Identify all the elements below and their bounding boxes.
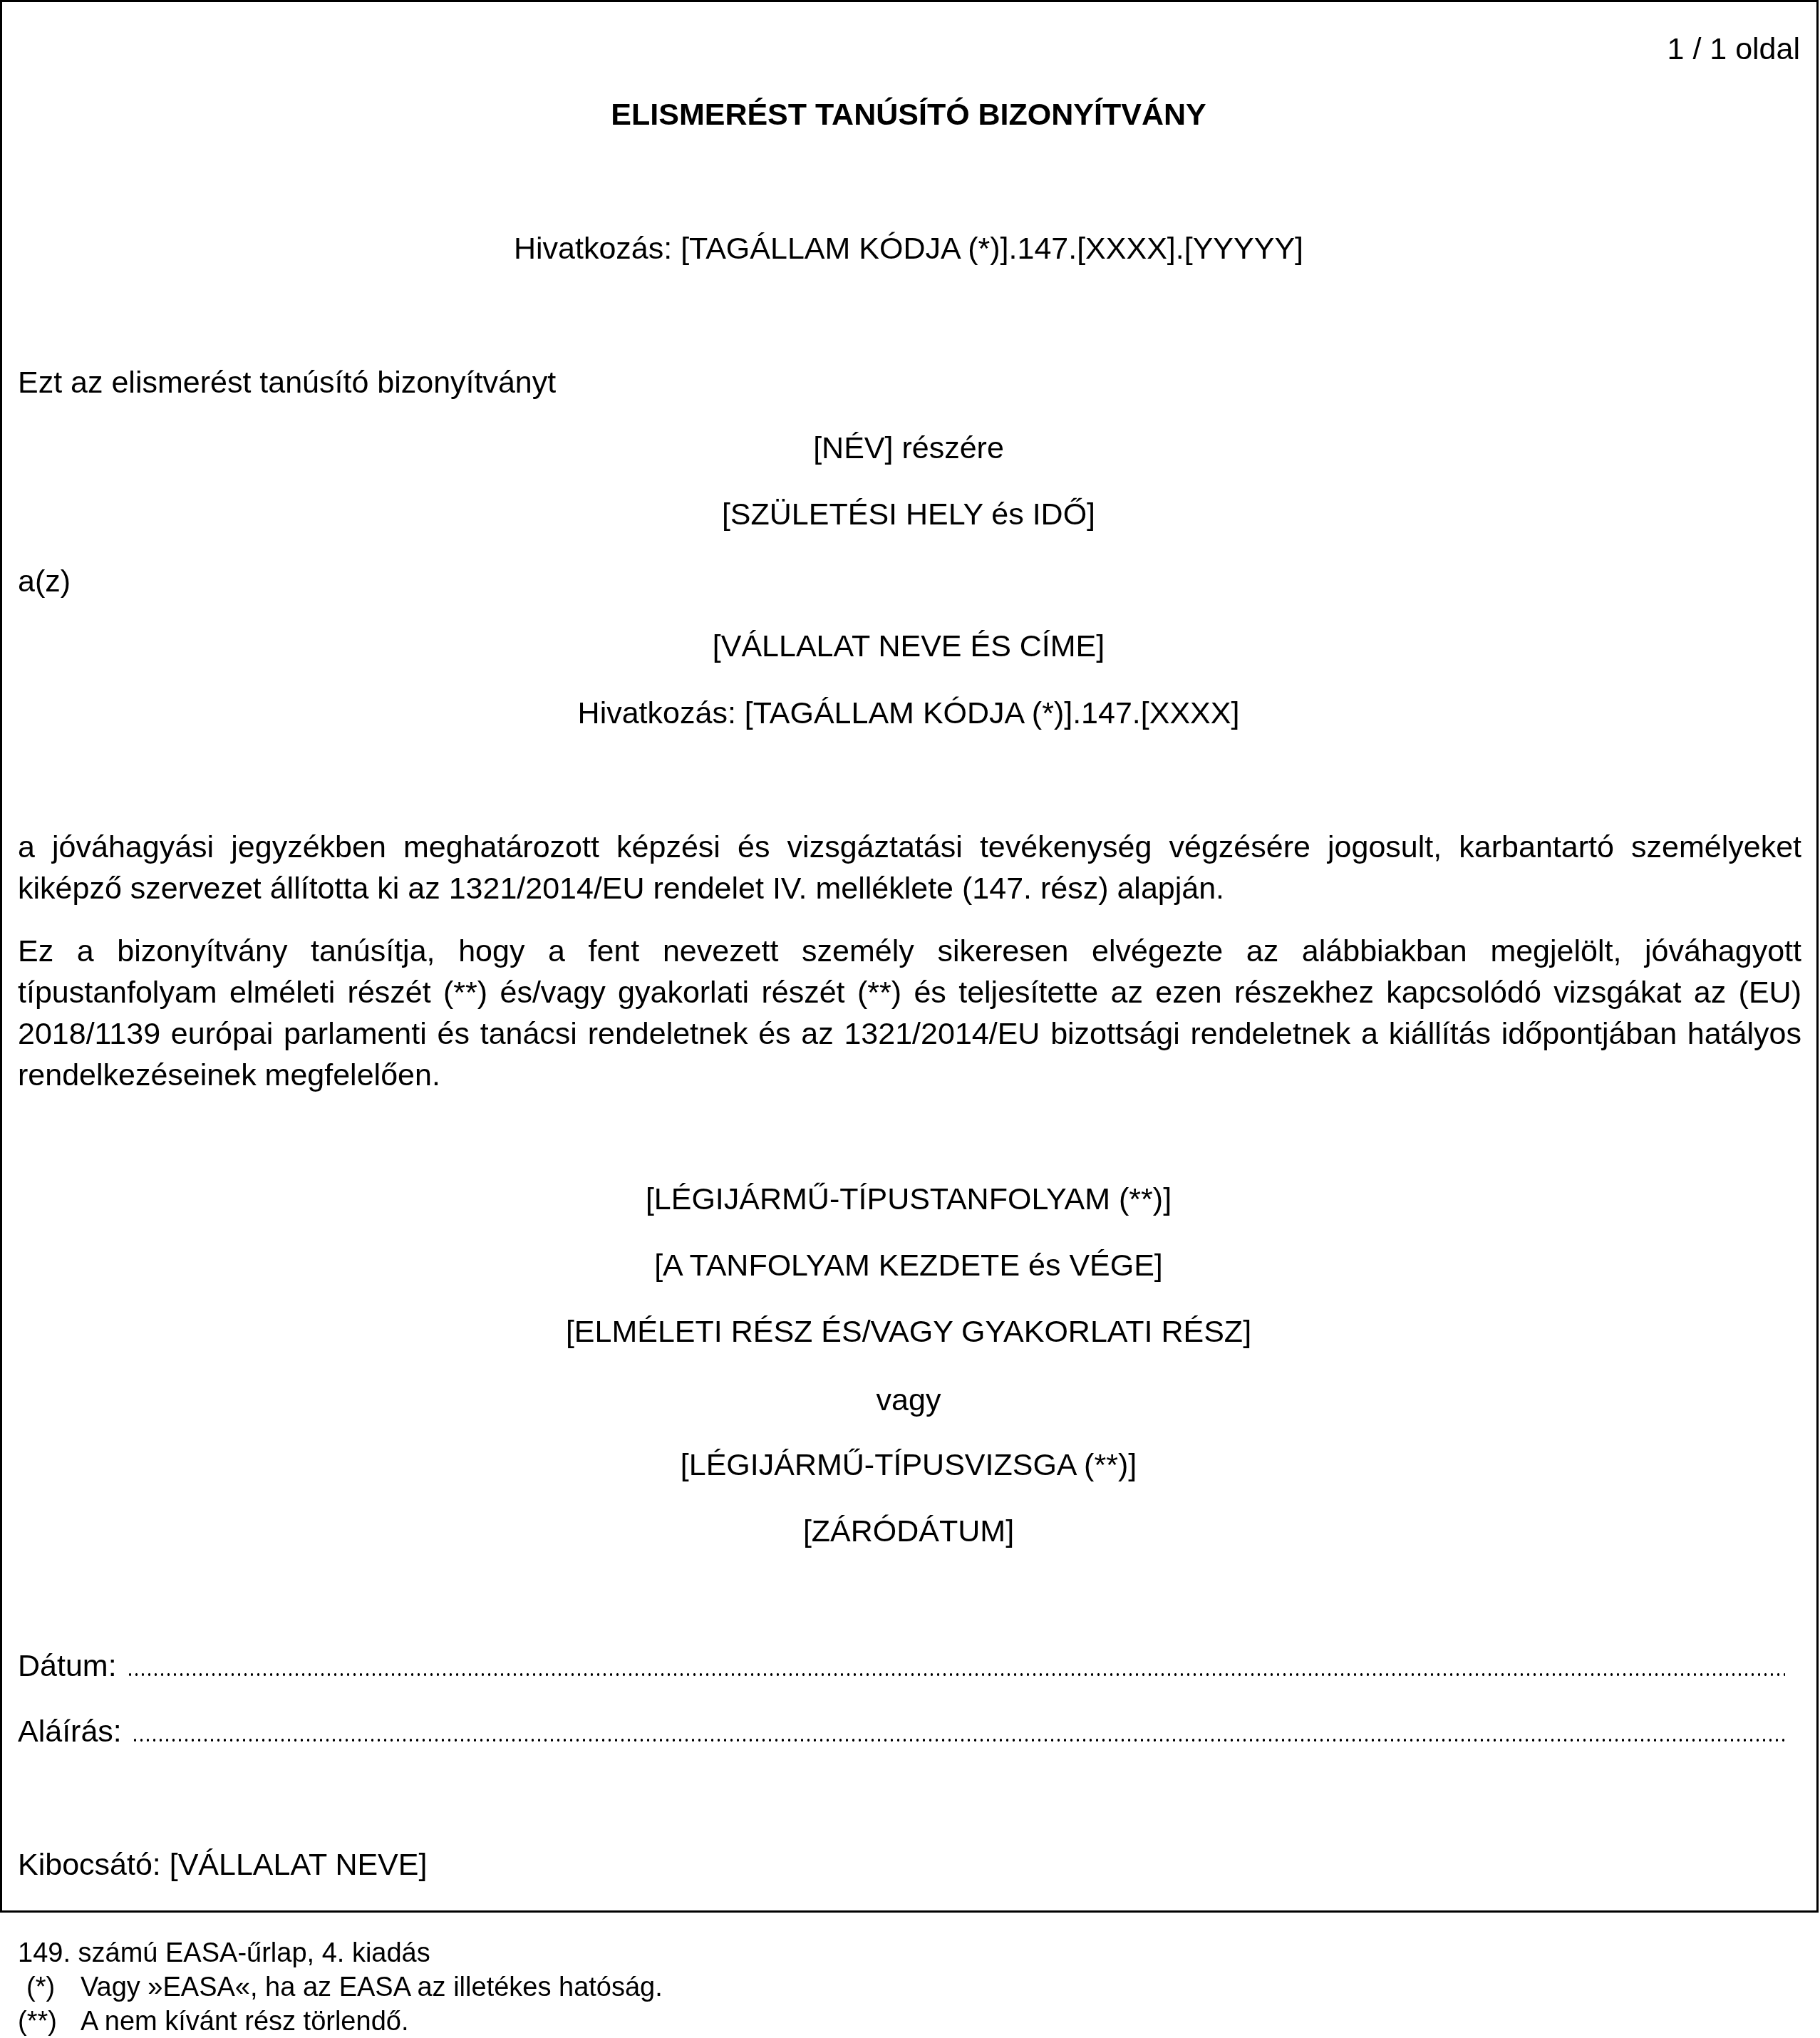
footnote-2-mark: (**) — [18, 2008, 81, 2035]
company-name-address: [VÁLLALAT NEVE ÉS CÍME] — [0, 631, 1817, 662]
theoretical-practical-part: [ELMÉLETI RÉSZ ÉS/VAGY GYAKORLATI RÉSZ] — [0, 1317, 1817, 1348]
footnote-1: (*)Vagy »EASA«, ha az EASA az illetékes … — [18, 1974, 663, 2001]
signature-field[interactable]: Aláírás: — [18, 1714, 1785, 1749]
date-field[interactable]: Dátum: — [18, 1649, 1785, 1684]
az-label: a(z) — [18, 567, 71, 597]
holder-name: [NÉV] részére — [0, 433, 1817, 464]
issuing-paragraph: a jóváhagyási jegyzékben meghatározott k… — [18, 827, 1801, 909]
footnote-1-text: Vagy »EASA«, ha az EASA az illetékes hat… — [81, 1972, 663, 2002]
aircraft-type-exam: [LÉGIJÁRMŰ-TÍPUSVIZSGA (**)] — [0, 1450, 1817, 1481]
aircraft-type-course: [LÉGIJÁRMŰ-TÍPUSTANFOLYAM (**)] — [0, 1184, 1817, 1215]
signature-label: Aláírás: — [18, 1714, 122, 1749]
organisation-reference: Hivatkozás: [TAGÁLLAM KÓDJA (*)].147.[XX… — [0, 698, 1817, 729]
date-dotted-line[interactable] — [127, 1672, 1785, 1677]
footnote-2: (**)A nem kívánt rész törlendő. — [18, 2008, 408, 2035]
footnote-1-mark: (*) — [18, 1974, 81, 2001]
form-identifier: 149. számú EASA-űrlap, 4. kiadás — [18, 1940, 430, 1967]
signature-dotted-line[interactable] — [132, 1738, 1785, 1742]
course-start-end: [A TANFOLYAM KEZDETE és VÉGE] — [0, 1251, 1817, 1281]
or-separator: vagy — [0, 1385, 1817, 1416]
issuer: Kibocsátó: [VÁLLALAT NEVE] — [18, 1850, 427, 1881]
intro-text: Ezt az elismerést tanúsító bizonyítványt — [18, 368, 556, 398]
certificate-reference: Hivatkozás: [TAGÁLLAM KÓDJA (*)].147.[XX… — [0, 234, 1817, 264]
birth-place-date: [SZÜLETÉSI HELY és IDŐ] — [0, 500, 1817, 530]
certification-paragraph: Ez a bizonyítvány tanúsítja, hogy a fent… — [18, 931, 1801, 1096]
page-number: 1 / 1 oldal — [1668, 34, 1800, 65]
closing-date: [ZÁRÓDÁTUM] — [0, 1516, 1817, 1547]
footnote-2-text: A nem kívánt rész törlendő. — [81, 2007, 408, 2037]
date-label: Dátum: — [18, 1649, 117, 1684]
document-title: ELISMERÉST TANÚSÍTÓ BIZONYÍTVÁNY — [0, 100, 1817, 130]
